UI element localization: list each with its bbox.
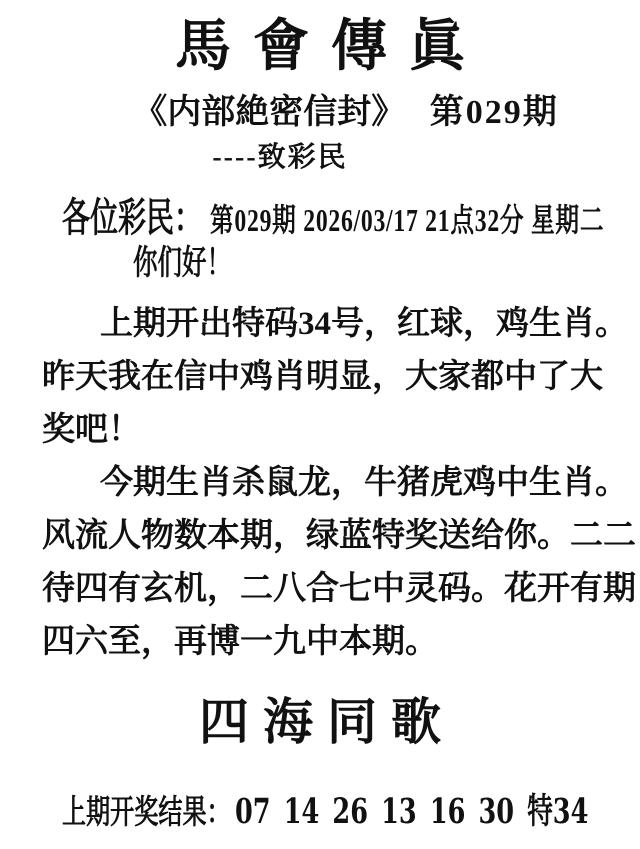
body-line: 风流人物数本期，绿蓝特奖送给你。二二 (42, 510, 602, 563)
fax-document-page: 馬會傳眞 《内部絶密信封》 第029期 ----致彩民 各位彩民： 第029期 … (0, 0, 640, 849)
results-label: 上期开奖结果： (62, 790, 231, 836)
hello-text: 你们好！ (133, 244, 231, 284)
body-line: 待四有玄机，二八合七中灵码。花开有期 (42, 563, 602, 616)
hello-line: 你们好！ (133, 244, 640, 290)
issue-number: 第029期 (430, 94, 559, 131)
previous-results-line: 上期开奖结果： 07 14 26 13 16 30 特34 (62, 789, 484, 836)
special-number: 特34 (527, 789, 588, 835)
masthead-title: 馬會傳眞 (0, 12, 640, 82)
subtitle-envelope-label: 《内部絶密信封》 (133, 94, 405, 131)
result-number: 30 (479, 789, 515, 835)
salutation-label: 各位彩民： (62, 194, 202, 242)
body-line: 四六至，再博一九中本期。 (42, 616, 602, 669)
body-line: 昨天我在信中鸡肖明显，大家都中了大 (42, 351, 602, 404)
result-number: 13 (381, 789, 417, 835)
greeting-line: 各位彩民： 第029期 2026/03/17 21点32分 星期二 (62, 194, 640, 244)
subtitle-row: 《内部絶密信封》 第029期 (26, 90, 640, 136)
result-number: 14 (284, 789, 320, 835)
letter-body: 上期开出特码34号，红球，鸡生肖。 昨天我在信中鸡肖明显，大家都中了大 奖吧！ … (42, 298, 602, 669)
dedication-line: ----致彩民 (0, 142, 600, 174)
body-line: 上期开出特码34号，红球，鸡生肖。 (42, 298, 602, 351)
body-line: 今期生肖杀鼠龙，牛猪虎鸡中生肖。 (42, 457, 602, 510)
slogan-text: 四海同歌 (0, 691, 640, 753)
result-number: 26 (332, 789, 368, 835)
issue-datetime-text: 第029期 2026/03/17 21点32分 星期二 (210, 196, 604, 244)
result-number: 07 (235, 789, 271, 835)
body-line: 奖吧！ (42, 404, 602, 457)
result-number: 16 (430, 789, 466, 835)
